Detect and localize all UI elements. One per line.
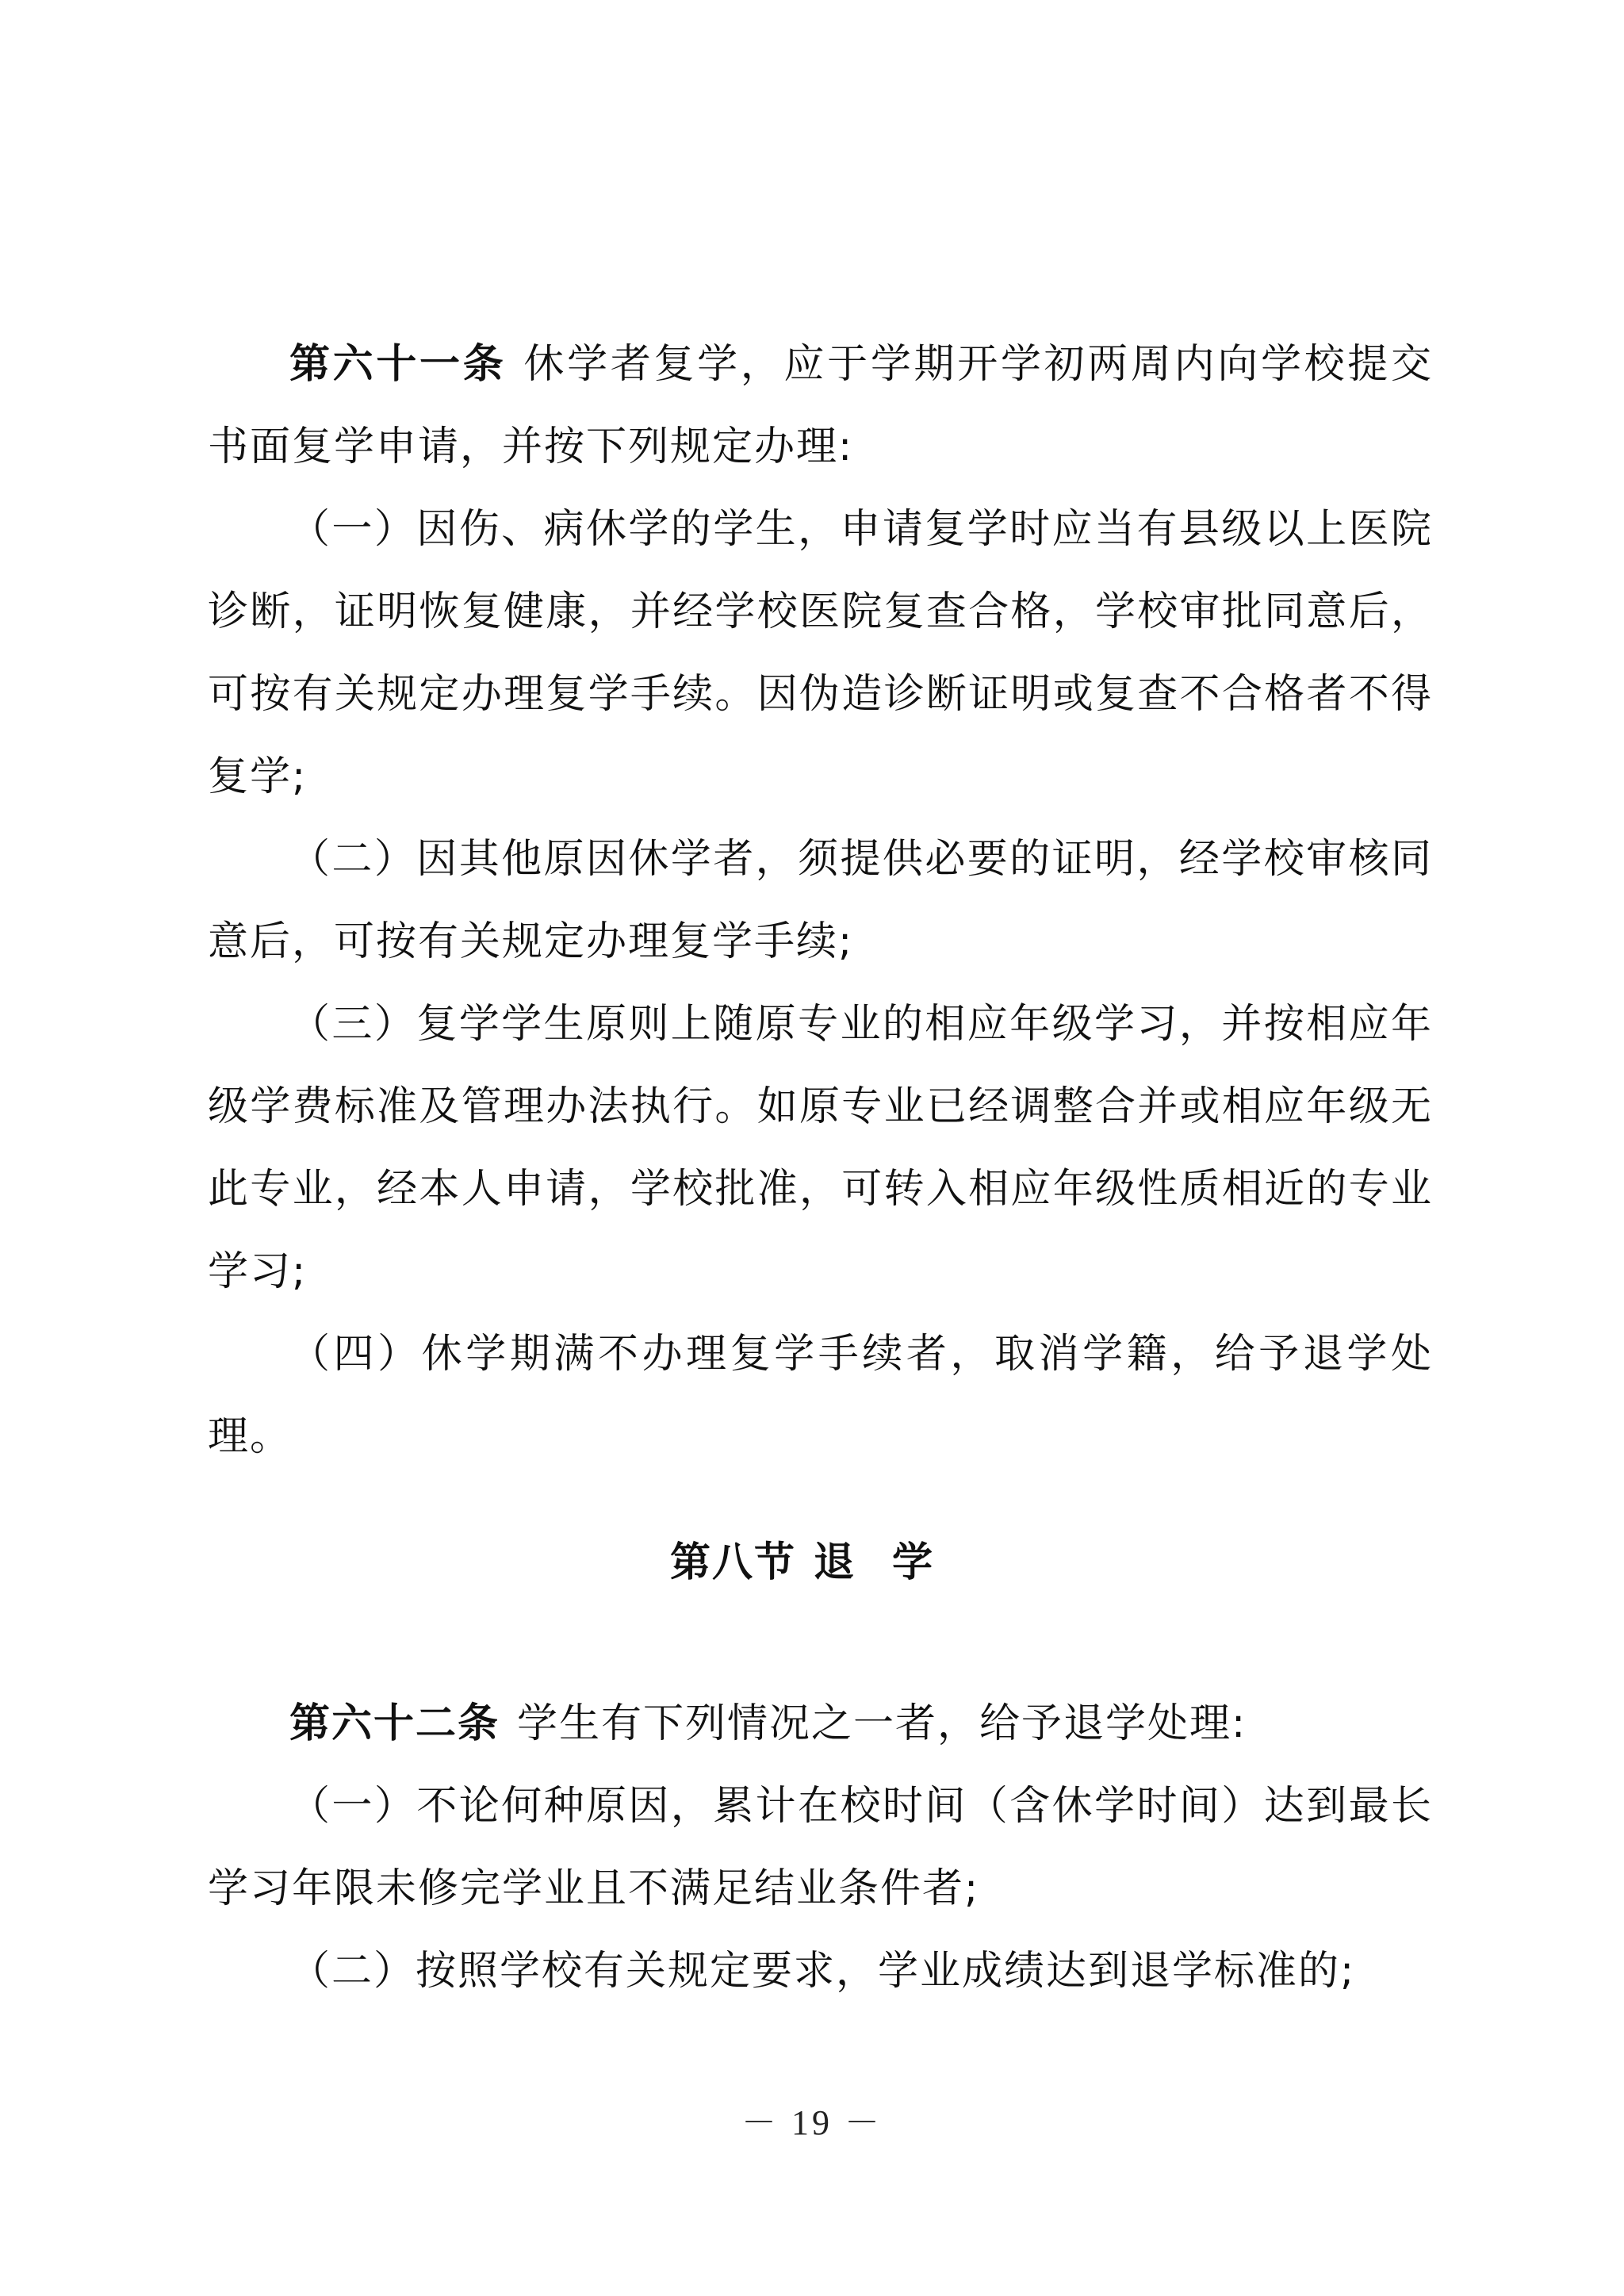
section-title: 退学 xyxy=(814,1539,971,1586)
article-62-item-2: （二）按照学校有关规定要求，学业成绩达到退学标准的; xyxy=(208,1930,1433,2013)
article-61-item-4: （四）休学期满不办理复学手续者，取消学籍，给予退学处理。 xyxy=(208,1313,1433,1478)
article-62-intro: 第六十二条学生有下列情况之一者，给予退学处理: xyxy=(208,1683,1433,1765)
article-62-number: 第六十二条 xyxy=(289,1700,500,1747)
document-body: 第六十一条休学者复学，应于学期开学初两周内向学校提交书面复学申请，并按下列规定办… xyxy=(208,324,1433,2013)
document-page: 第六十一条休学者复学，应于学期开学初两周内向学校提交书面复学申请，并按下列规定办… xyxy=(0,0,1624,2296)
article-61-number: 第六十一条 xyxy=(289,341,506,388)
article-62-item-1: （一）不论何种原因，累计在校时间（含休学时间）达到最长学习年限未修完学业且不满足… xyxy=(208,1765,1433,1930)
page-number: － 19 － xyxy=(0,2094,1624,2145)
article-61-item-2: （二）因其他原因休学者，须提供必要的证明，经学校审核同意后，可按有关规定办理复学… xyxy=(208,818,1433,983)
article-61-item-3: （三）复学学生原则上随原专业的相应年级学习，并按相应年级学费标准及管理办法执行。… xyxy=(208,983,1433,1313)
section-label: 第八节 xyxy=(670,1539,796,1586)
article-61-intro: 第六十一条休学者复学，应于学期开学初两周内向学校提交书面复学申请，并按下列规定办… xyxy=(208,324,1433,489)
article-62-intro-text: 学生有下列情况之一者，给予退学处理: xyxy=(517,1700,1247,1747)
section-heading: 第八节退学 xyxy=(208,1478,1433,1683)
article-61-item-1: （一）因伤、病休学的学生，申请复学时应当有县级以上医院诊断，证明恢复健康，并经学… xyxy=(208,489,1433,818)
